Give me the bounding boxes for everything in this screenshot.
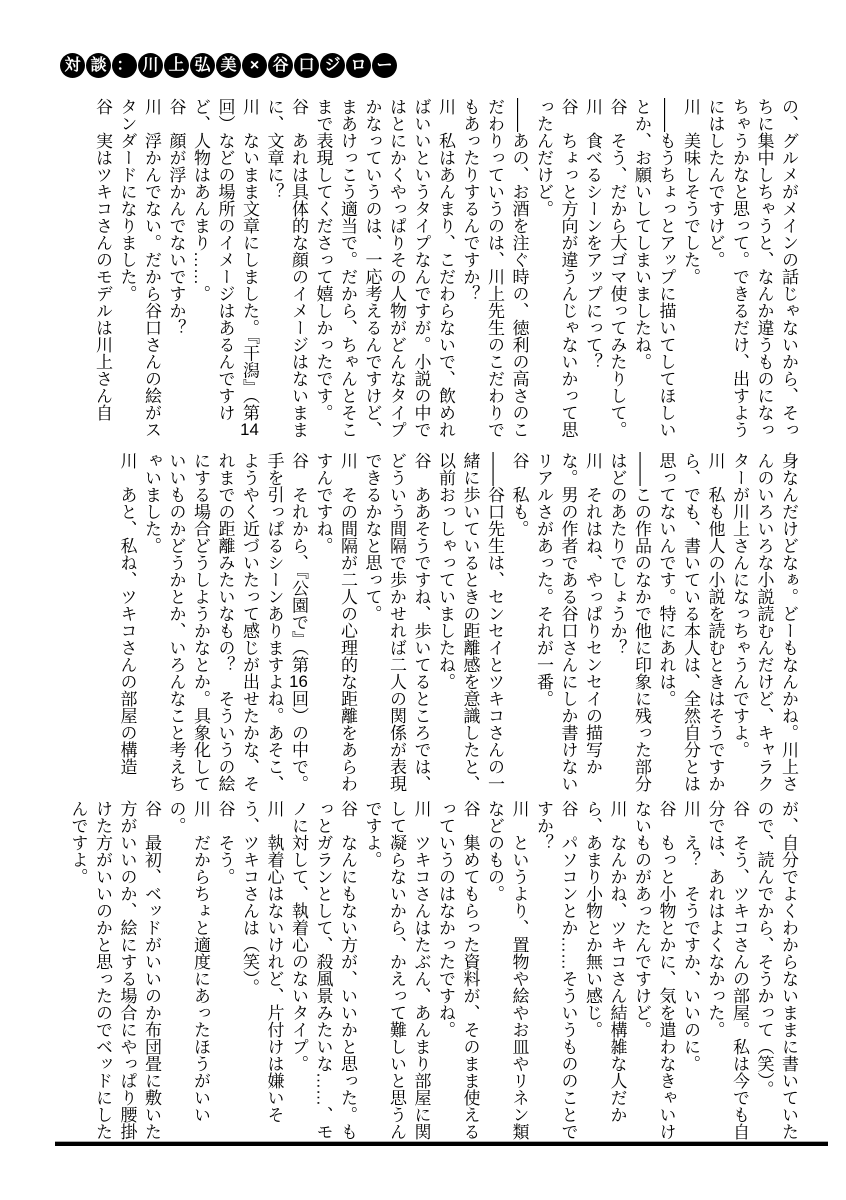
bottom-rule	[55, 1141, 828, 1146]
paragraph: 川 美味しそうでした。	[678, 98, 703, 438]
paragraph: 川 あと、私ね、ツキコさんの部屋の構造	[114, 452, 139, 792]
title-char-badge: ロ	[346, 53, 371, 78]
page: 対談：川上弘美×谷口ジロー の、グルメがメインの話じゃないから、そっちに集中しち…	[0, 0, 846, 1200]
paragraph: 谷 顔が浮かんでないですか？	[163, 98, 188, 438]
paragraph: 谷 パソコンとか……そういうもののことですか？	[531, 800, 580, 1140]
paragraph: 谷 集めてもらった資料が、そのまま使えるっていうのはなかったですね。	[433, 800, 482, 1140]
title-char-badge: ー	[372, 53, 397, 78]
title-char-badge: 談	[86, 53, 111, 78]
title-char-badge: 谷	[268, 53, 293, 78]
paragraph: が、自分でよくわからないままに書いていたので、読んでから、そうかって（笑）。	[751, 800, 800, 1140]
paragraph: 川 というより、置物や絵やお皿やリネン類などのもの。	[482, 800, 531, 1140]
paragraph: ――もうちょっとアップに描いてしてほしいとか、お願いしてしまいましたね。	[629, 98, 678, 438]
paragraph: 川 私はあんまり、こだわらないで、飲めればいいというタイプなんですが。小説の中で…	[310, 98, 457, 438]
paragraph: 川 その間隔が二人の心理的な距離をあらわすんですね。	[310, 452, 359, 792]
paragraph: ――谷口先生は、センセイとツキコさんの一緒に歩いているときの距離感を意識したと、…	[433, 452, 507, 792]
paragraph: 川 ツキコさんはたぶん、あんまり部屋に関して凝らないから、かえって難しいと思うん…	[359, 800, 433, 1140]
paragraph: 川 執着心はないけれど、片付けは嫌いそう、ツキコさんは（笑）。	[237, 800, 286, 1140]
paragraph: 谷 ああそうですね、歩いてるところでは、どういう間隔で歩かせれば二人の関係が表現…	[359, 452, 433, 792]
paragraph: 谷 私も。	[506, 452, 531, 792]
title-char-badge: ジ	[320, 53, 345, 78]
paragraph: の、グルメがメインの話じゃないから、そっちに集中しちゃうと、なんか違うものになっ…	[702, 98, 800, 438]
paragraph: 川 浮かんでない。だから谷口さんの絵がスタンダードになりました。	[114, 98, 163, 438]
paragraph: 川 私も他人の小説を読むときはそうですから、でも、書いている本人は、全然自分とは…	[653, 452, 727, 792]
paragraph: ――あの、お酒を注ぐ時の、徳利の高さのこだわりっていうのは、川上先生のこだわりで…	[457, 98, 531, 438]
title-char-badge: 対	[60, 53, 85, 78]
paragraph: 谷 なんにもない方が、いいかと思った。もっとガランとして、殺風景みたいな……、モ…	[286, 800, 360, 1140]
paragraph: 谷 実はツキコさんのモデルは川上さん自	[90, 98, 115, 438]
title-char-badge: 口	[294, 53, 319, 78]
title-char-badge: 上	[164, 53, 189, 78]
text-band-3: が、自分でよくわからないままに書いていたので、読んでから、そうかって（笑）。谷 …	[58, 800, 800, 1140]
title-char-badge: ×	[242, 53, 267, 78]
paragraph: 谷 もっと小物とかに、気を遣わなきゃいけないものがあったんですけど。	[629, 800, 678, 1140]
paragraph: 川 それはね、やっぱりセンセイの描写かな。男の作者である谷口さんにしか書けないリ…	[531, 452, 605, 792]
text-band-1: の、グルメがメインの話じゃないから、そっちに集中しちゃうと、なんか違うものになっ…	[58, 98, 800, 438]
paragraph: 谷 そう。	[212, 800, 237, 1140]
paragraph: 谷 それから、『公園で』（第16回）の中で。手を引っぱるシーンありますよね。あそ…	[139, 452, 311, 792]
title-char-badge: 弘	[190, 53, 215, 78]
paragraph: 川 だからちょと適度にあったほうがいいの。	[163, 800, 212, 1140]
paragraph: 谷 最初、ベッドがいいのか布団畳に敷いた方がいいのか、絵にする場合にやっぱり腰掛…	[65, 800, 163, 1140]
paragraph: 谷 ちょっと方向が違うんじゃないかって思ったんだけど。	[531, 98, 580, 438]
text-band-2: 身なんだけどなぁ。どーもなんかね。川上さんのいろいろな小説読むんだけど、キャラク…	[58, 452, 800, 792]
title-char-badge: 川	[138, 53, 163, 78]
paragraph: ――この作品のなかで他に印象に残った部分はどのあたりでしょうか？	[604, 452, 653, 792]
paragraph: 谷 そう、ツキコさんの部屋。私は今でも自分では、あれはよくなかった。	[702, 800, 751, 1140]
paragraph: 身なんだけどなぁ。どーもなんかね。川上さんのいろいろな小説読むんだけど、キャラク…	[727, 452, 801, 792]
title-char-badge: ：	[112, 53, 137, 78]
title-char-badge: 美	[216, 53, 241, 78]
paragraph: 谷 あれは具体的な顔のイメージはないままに、文章に？	[261, 98, 310, 438]
paragraph: 谷 そう、だから大ゴマ使ってみたりして。	[604, 98, 629, 438]
page-title: 対談：川上弘美×谷口ジロー	[60, 53, 397, 78]
paragraph: 川 食べるシーンをアップにって？	[580, 98, 605, 438]
paragraph: 川 なんかね、ツキコさん結構雑な人だから、あまり小物とか無い感じ。	[580, 800, 629, 1140]
paragraph: 川 ないまま文章にしました。『干潟』（第14回）などの場所のイメージはあるんです…	[188, 98, 262, 438]
paragraph: 川 え？ そうですか、いいのに。	[678, 800, 703, 1140]
